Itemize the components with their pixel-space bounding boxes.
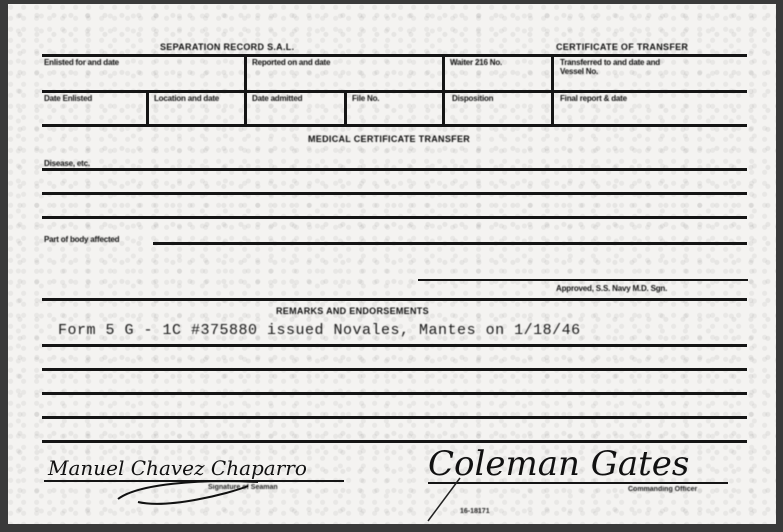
row1-cell1-label: Enlisted for and date — [44, 58, 119, 67]
row2-cell3-label: Date admitted — [252, 94, 302, 103]
medical-bottom-rule — [42, 298, 747, 301]
top-left-heading: SEPARATION RECORD S.A.L. — [160, 42, 294, 52]
right-signature-caption: Commanding Officer — [628, 486, 697, 493]
row2-cell5-label: Disposition — [452, 94, 493, 103]
row1-cell4-label: Transferred to and date and Vessel No. — [560, 58, 670, 76]
top-right-heading: CERTIFICATE OF TRANSFER — [556, 42, 688, 52]
remarks-rule-5 — [42, 440, 747, 443]
row2-cell2-label: Location and date — [154, 94, 219, 103]
row2-divider-3 — [344, 90, 347, 126]
medical-rule-1 — [42, 168, 747, 171]
signature-flourish-icon — [108, 474, 268, 514]
row2-bottom-rule — [42, 124, 747, 127]
row2-cell6-label: Final report & date — [560, 94, 627, 103]
row2-cell4-label: File No. — [352, 94, 379, 103]
body-part-label: Part of body affected — [44, 235, 119, 244]
remarks-rule-3 — [42, 392, 747, 395]
medical-rule-3 — [42, 216, 747, 219]
signature-stroke-icon — [420, 476, 480, 526]
disease-label: Disease, etc. — [44, 159, 90, 168]
row2-divider-2 — [244, 90, 247, 126]
medical-rule-5 — [418, 279, 748, 281]
form-number: 16-18171 — [460, 508, 490, 515]
remarks-rule-1 — [42, 344, 747, 347]
remarks-typed-text: Form 5 G - 1C #375880 issued Novales, Ma… — [58, 322, 581, 339]
medical-rule-4 — [153, 242, 747, 245]
approval-line-label: Approved, S.S. Navy M.D. Sgn. — [556, 284, 667, 293]
remarks-rule-2 — [42, 368, 747, 371]
remarks-heading: REMARKS AND ENDORSEMENTS — [276, 306, 429, 316]
remarks-rule-4 — [42, 416, 747, 419]
row1-top-rule — [42, 54, 747, 57]
row2-cell1-label: Date Enlisted — [44, 94, 92, 103]
row1-divider-1 — [244, 54, 247, 92]
row1-cell2-label: Reported on and date — [252, 58, 330, 67]
medical-rule-2 — [42, 192, 747, 195]
medical-section-heading: MEDICAL CERTIFICATE TRANSFER — [308, 134, 470, 144]
row1-cell3-label: Waiter 216 No. — [450, 58, 502, 67]
form-card: SEPARATION RECORD S.A.L. CERTIFICATE OF … — [8, 4, 776, 524]
row2-divider-1 — [146, 90, 149, 126]
